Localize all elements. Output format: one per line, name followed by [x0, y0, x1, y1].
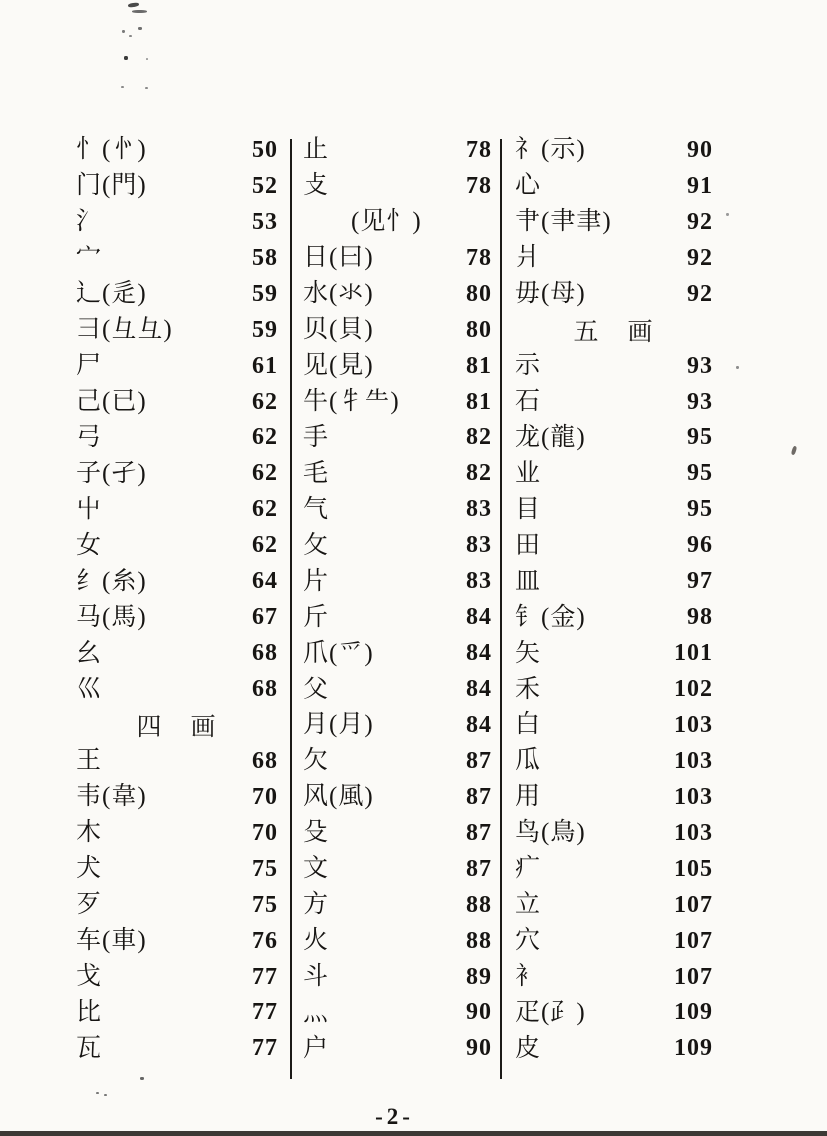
page-number: 96 [687, 533, 713, 557]
radical-entry: 田96 [515, 527, 713, 563]
radical-entry: 歹75 [76, 887, 278, 923]
radical-entry: 弓62 [76, 420, 278, 456]
scan-speck [138, 27, 142, 30]
radical-char: 风(風) [303, 784, 374, 809]
radical-char: 日(曰) [303, 245, 374, 270]
page-number: 83 [466, 497, 492, 521]
radical-char: 目 [515, 497, 541, 522]
radical-char: 肀(𦘒聿) [515, 209, 612, 234]
radical-char: 犬 [76, 856, 102, 881]
radical-entry: 贝(貝)80 [303, 312, 492, 348]
radical-char: 禾 [515, 677, 541, 702]
radical-char: 业 [515, 461, 541, 486]
page-number: 59 [252, 318, 278, 342]
radical-entry: 礻(示)90 [515, 132, 713, 168]
page-number: 89 [466, 965, 492, 989]
radical-entry: 见(見)81 [303, 348, 492, 384]
column-divider [500, 139, 502, 1079]
radical-char: 幺 [76, 641, 102, 666]
page-number: 84 [466, 677, 492, 701]
page-number: 82 [466, 425, 492, 449]
page-number: 87 [466, 821, 492, 845]
scan-speck [122, 30, 125, 33]
radical-entry: 斤84 [303, 599, 492, 635]
radical-entry: 氵53 [76, 204, 278, 240]
radical-char: 文 [303, 856, 329, 881]
radical-entry: 方88 [303, 887, 492, 923]
page-number: 103 [674, 785, 713, 809]
radical-char: 戈 [76, 964, 102, 989]
radical-char: 皮 [515, 1036, 541, 1061]
radical-entry: 屮62 [76, 491, 278, 527]
radical-entry: 殳87 [303, 815, 492, 851]
radical-entry: 攵83 [303, 527, 492, 563]
radical-char: 攴 [303, 173, 329, 198]
scan-speck [96, 1092, 99, 1094]
radical-entry: 幺68 [76, 635, 278, 671]
page-number: 84 [466, 713, 492, 737]
radical-char: 殳 [303, 820, 329, 845]
page-number: 107 [674, 965, 713, 989]
radical-char: 疋(⺪) [515, 1000, 586, 1025]
radical-entry: 忄(㣺)50 [76, 132, 278, 168]
page-number: 92 [687, 210, 713, 234]
radical-entry: 衤107 [515, 959, 713, 995]
page-number: 61 [252, 354, 278, 378]
radical-entry: 文87 [303, 851, 492, 887]
radical-char: 木 [76, 820, 102, 845]
page-number: 95 [687, 461, 713, 485]
radical-entry: 己(已)62 [76, 384, 278, 420]
page-number: 50 [252, 138, 278, 162]
radical-entry: 彐(⺔彑)59 [76, 312, 278, 348]
radical-entry: 火88 [303, 923, 492, 959]
page-number: 80 [466, 282, 492, 306]
page-number: 75 [252, 857, 278, 881]
page-number: 62 [252, 390, 278, 414]
radical-char: 立 [515, 892, 541, 917]
radical-char: 彐(⺔彑) [76, 317, 173, 342]
radical-char: 尸 [76, 353, 102, 378]
page-number: 53 [252, 210, 278, 234]
radical-char: 瓜 [515, 748, 541, 773]
page-number: 70 [252, 785, 278, 809]
page-number: 75 [252, 893, 278, 917]
radical-char: 爿 [515, 245, 541, 270]
scan-speck [121, 86, 124, 88]
page-number: 97 [687, 569, 713, 593]
radical-entry: 风(風)87 [303, 779, 492, 815]
radical-entry: 瓦77 [76, 1030, 278, 1066]
scan-speck [726, 213, 729, 216]
page-number: 76 [252, 929, 278, 953]
radical-entry: 示93 [515, 348, 713, 384]
radical-char: (见忄) [303, 209, 422, 234]
page-number: 93 [687, 390, 713, 414]
radical-entry: (见忄) [303, 204, 492, 240]
scan-speck [140, 1077, 144, 1080]
radical-char: 田 [515, 533, 541, 558]
page-number: 68 [252, 641, 278, 665]
page-number: 87 [466, 857, 492, 881]
page-number: 83 [466, 533, 492, 557]
radical-entry: 立107 [515, 887, 713, 923]
column-divider [290, 139, 292, 1079]
radical-entry: 父84 [303, 671, 492, 707]
page-number: 102 [674, 677, 713, 701]
page-number: 105 [674, 857, 713, 881]
radical-char: 王 [76, 748, 102, 773]
radical-char: 毛 [303, 461, 329, 486]
radical-char: 巛 [76, 677, 102, 702]
page-number: 90 [466, 1036, 492, 1060]
page-number: 62 [252, 497, 278, 521]
index-column-3: 礻(示)90心91肀(𦘒聿)92爿92毋(母)92五 画示93石93龙(龍)95… [515, 132, 713, 1066]
radical-char: 毋(母) [515, 281, 586, 306]
radical-entry: 韦(韋)70 [76, 779, 278, 815]
page-number: 92 [687, 282, 713, 306]
page-number: 62 [252, 425, 278, 449]
radical-char: 己(已) [76, 389, 147, 414]
radical-entry: 月(月)84 [303, 707, 492, 743]
radical-entry: 犬75 [76, 851, 278, 887]
radical-char: 鸟(鳥) [515, 820, 586, 845]
page-number: 68 [252, 749, 278, 773]
radical-entry: 手82 [303, 420, 492, 456]
scan-speck [132, 10, 147, 13]
page-number: 103 [674, 749, 713, 773]
radical-entry: 马(馬)67 [76, 599, 278, 635]
radical-entry: 比77 [76, 995, 278, 1031]
radical-char: 斤 [303, 605, 329, 630]
page-number: 77 [252, 965, 278, 989]
scan-speck [124, 56, 128, 60]
radical-char: 止 [303, 137, 329, 162]
page-number: 70 [252, 821, 278, 845]
page-number: 91 [687, 174, 713, 198]
section-header: 四 画 [76, 707, 278, 743]
radical-char: 火 [303, 928, 329, 953]
radical-char: 牛(牜⺧) [303, 389, 400, 414]
scan-speck [145, 87, 148, 89]
radical-entry: 宀58 [76, 240, 278, 276]
page-number: 109 [674, 1000, 713, 1024]
radical-char: 衤 [515, 964, 541, 989]
radical-char: 攵 [303, 533, 329, 558]
radical-char: 疒 [515, 856, 541, 881]
page-number-footer: -2- [76, 1104, 713, 1130]
scan-speck [791, 446, 798, 456]
page-number: 107 [674, 929, 713, 953]
index-column-2: 止78攴78(见忄)日(曰)78水(氺)80贝(貝)80见(見)81牛(牜⺧)8… [303, 132, 492, 1066]
scan-speck [736, 366, 739, 369]
page-number: 62 [252, 533, 278, 557]
radical-entry: 攴78 [303, 168, 492, 204]
radical-char: 龙(龍) [515, 425, 586, 450]
page-number: 78 [466, 174, 492, 198]
radical-char: 手 [303, 425, 329, 450]
page-number: 87 [466, 749, 492, 773]
radical-entry: 心91 [515, 168, 713, 204]
page-number: 68 [252, 677, 278, 701]
radical-entry: 穴107 [515, 923, 713, 959]
page-number: 84 [466, 641, 492, 665]
radical-char: 辶(辵) [76, 281, 147, 306]
radical-char: 用 [515, 784, 541, 809]
radical-char: 女 [76, 533, 102, 558]
radical-entry: 尸61 [76, 348, 278, 384]
radical-entry: 皿97 [515, 563, 713, 599]
radical-entry: 皮109 [515, 1030, 713, 1066]
page-number: 77 [252, 1036, 278, 1060]
page-number: 81 [466, 354, 492, 378]
page-number: 78 [466, 246, 492, 270]
radical-char: 礻(示) [515, 137, 586, 162]
radical-char: 比 [76, 1000, 102, 1025]
radical-entry: 石93 [515, 384, 713, 420]
radical-entry: 止78 [303, 132, 492, 168]
radical-char: 韦(韋) [76, 784, 147, 809]
radical-char: 气 [303, 497, 329, 522]
radical-char: 马(馬) [76, 605, 147, 630]
radical-char: 子(孑) [76, 461, 147, 486]
radical-char: 父 [303, 677, 329, 702]
scan-speck [129, 35, 132, 37]
radical-char: 氵 [76, 209, 102, 234]
radical-entry: 片83 [303, 563, 492, 599]
radical-entry: 用103 [515, 779, 713, 815]
radical-char: 皿 [515, 569, 541, 594]
page-number: 52 [252, 174, 278, 198]
radical-char: 水(氺) [303, 281, 374, 306]
radical-entry: 巛68 [76, 671, 278, 707]
radical-char: 斗 [303, 964, 329, 989]
radical-entry: 门(門)52 [76, 168, 278, 204]
radical-char: 钅(金) [515, 605, 586, 630]
radical-entry: 牛(牜⺧)81 [303, 384, 492, 420]
radical-entry: 灬90 [303, 995, 492, 1031]
page-number: 98 [687, 605, 713, 629]
page-number: 103 [674, 821, 713, 845]
page-number: 62 [252, 461, 278, 485]
radical-entry: 龙(龍)95 [515, 420, 713, 456]
radical-entry: 日(曰)78 [303, 240, 492, 276]
radical-char: 瓦 [76, 1036, 102, 1061]
page-number: 95 [687, 425, 713, 449]
radical-char: 贝(貝) [303, 317, 374, 342]
radical-char: 欠 [303, 748, 329, 773]
page-number: 92 [687, 246, 713, 270]
page-number: 64 [252, 569, 278, 593]
page-number: 107 [674, 893, 713, 917]
radical-char: 歹 [76, 892, 102, 917]
radical-char: 弓 [76, 425, 102, 450]
radical-char: 纟(糸) [76, 569, 147, 594]
radical-char: 见(見) [303, 353, 374, 378]
page-number: 83 [466, 569, 492, 593]
radical-char: 忄(㣺) [76, 137, 147, 162]
page-number: 80 [466, 318, 492, 342]
radical-char: 车(車) [76, 928, 147, 953]
radical-entry: 爪(爫)84 [303, 635, 492, 671]
page-number: 82 [466, 461, 492, 485]
radical-entry: 疋(⺪)109 [515, 995, 713, 1031]
page-number: 90 [687, 138, 713, 162]
radical-entry: 禾102 [515, 671, 713, 707]
radical-entry: 斗89 [303, 959, 492, 995]
radical-char: 爪(爫) [303, 641, 374, 666]
radical-entry: 女62 [76, 527, 278, 563]
radical-entry: 纟(糸)64 [76, 563, 278, 599]
radical-char: 穴 [515, 928, 541, 953]
page-number: 77 [252, 1000, 278, 1024]
radical-char: 片 [303, 569, 329, 594]
radical-entry: 鸟(鳥)103 [515, 815, 713, 851]
section-header: 五 画 [515, 312, 713, 348]
radical-entry: 业95 [515, 455, 713, 491]
radical-entry: 车(車)76 [76, 923, 278, 959]
scanned-page: 忄(㣺)50门(門)52氵53宀58辶(辵)59彐(⺔彑)59尸61己(已)62… [0, 0, 827, 1136]
page-number: 103 [674, 713, 713, 737]
radical-entry: 疒105 [515, 851, 713, 887]
page-number: 84 [466, 605, 492, 629]
page-number: 87 [466, 785, 492, 809]
page-number: 88 [466, 929, 492, 953]
scan-edge-shadow [0, 1131, 827, 1136]
radical-char: 心 [515, 173, 541, 198]
radical-char: 灬 [303, 1000, 329, 1025]
page-number: 109 [674, 1036, 713, 1060]
radical-entry: 矢101 [515, 635, 713, 671]
page-number: 88 [466, 893, 492, 917]
radical-entry: 毋(母)92 [515, 276, 713, 312]
radical-entry: 毛82 [303, 455, 492, 491]
radical-char: 月(月) [303, 712, 374, 737]
radical-entry: 爿92 [515, 240, 713, 276]
radical-entry: 戈77 [76, 959, 278, 995]
radical-entry: 王68 [76, 743, 278, 779]
scan-speck [146, 58, 148, 60]
radical-char: 示 [515, 353, 541, 378]
page-number: 78 [466, 138, 492, 162]
page-number: 95 [687, 497, 713, 521]
radical-char: 屮 [76, 497, 102, 522]
radical-entry: 水(氺)80 [303, 276, 492, 312]
radical-entry: 目95 [515, 491, 713, 527]
index-column-1: 忄(㣺)50门(門)52氵53宀58辶(辵)59彐(⺔彑)59尸61己(已)62… [76, 132, 278, 1066]
radical-entry: 辶(辵)59 [76, 276, 278, 312]
radical-entry: 钅(金)98 [515, 599, 713, 635]
scan-speck [104, 1094, 107, 1096]
radical-char: 方 [303, 892, 329, 917]
radical-entry: 肀(𦘒聿)92 [515, 204, 713, 240]
page-number: 93 [687, 354, 713, 378]
page-number: 67 [252, 605, 278, 629]
radical-entry: 白103 [515, 707, 713, 743]
page-number: 81 [466, 390, 492, 414]
page-number: 58 [252, 246, 278, 270]
radical-char: 白 [515, 712, 541, 737]
radical-entry: 瓜103 [515, 743, 713, 779]
radical-entry: 气83 [303, 491, 492, 527]
radical-char: 门(門) [76, 173, 147, 198]
page-number: 101 [674, 641, 713, 665]
radical-entry: 木70 [76, 815, 278, 851]
radical-entry: 欠87 [303, 743, 492, 779]
radical-char: 石 [515, 389, 541, 414]
scan-speck [128, 2, 139, 7]
radical-char: 户 [303, 1036, 329, 1061]
page-number: 90 [466, 1000, 492, 1024]
radical-char: 矢 [515, 641, 541, 666]
page-number: 59 [252, 282, 278, 306]
radical-entry: 户90 [303, 1030, 492, 1066]
radical-entry: 子(孑)62 [76, 455, 278, 491]
radical-char: 宀 [76, 245, 102, 270]
